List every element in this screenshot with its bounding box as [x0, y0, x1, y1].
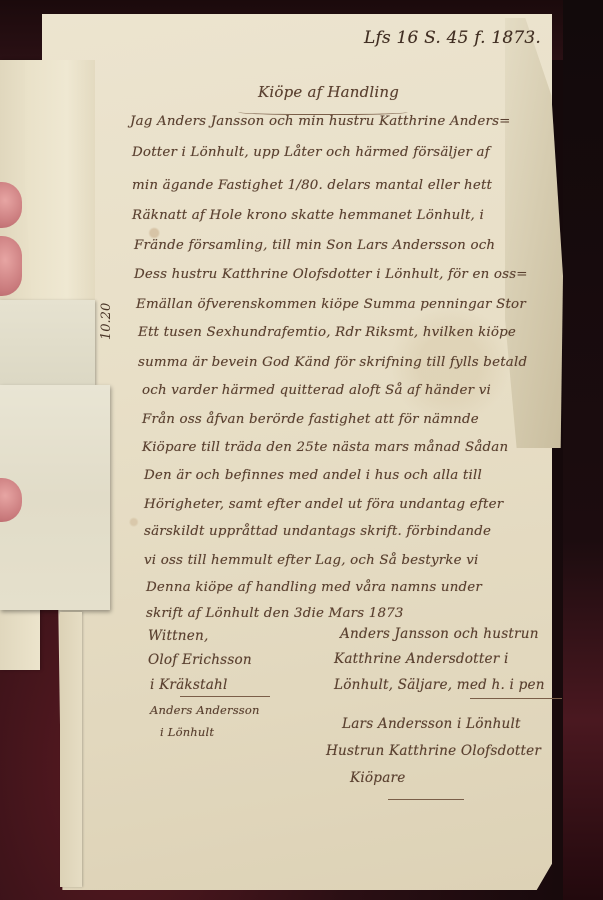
body-line: Räknatt af Hole krono skatte hemmanet Lö…	[132, 208, 484, 223]
body-line: Frände församling, till min Son Lars And…	[134, 238, 495, 253]
reference-note: Lfs 16 S. 45 f. 1873.	[364, 28, 541, 48]
body-line: Jag Anders Jansson och min hustru Katthr…	[130, 114, 511, 129]
body-line: Den är och befinnes med andel i hus och …	[144, 468, 482, 483]
body-line: Ett tusen Sexhundrafemtio, Rdr Riksmt, h…	[138, 325, 516, 340]
folded-flap-lower	[0, 300, 95, 385]
body-line: Emällan öfverenskommen kiöpe Summa penni…	[136, 297, 526, 312]
witnesses-heading: Wittnen,	[148, 628, 208, 644]
page-binding-strip	[60, 612, 82, 887]
witness-signature: Olof Erichsson	[148, 652, 252, 668]
witness-signature: i Lönhult	[160, 725, 214, 739]
body-line: Hörigheter, samt efter andel ut föra und…	[144, 497, 503, 512]
body-line: och varder härmed quitterad aloft Så af …	[142, 383, 491, 398]
buyer-signature: Lars Andersson i Lönhult	[342, 716, 521, 732]
body-line: min ägande Fastighet 1/80. delars mantal…	[132, 178, 492, 193]
buyer-signature: Kiöpare	[350, 770, 405, 786]
witness-signature: Anders Andersson	[150, 703, 260, 717]
body-line: skrift af Lönhult den 3die Mars 1873	[146, 606, 404, 621]
seller-signature: Anders Jansson och hustrun	[340, 626, 539, 642]
signature-underline	[388, 799, 464, 800]
body-line: Från oss åfvan berörde fastighet att för…	[142, 412, 479, 427]
witness-signature: i Kräkstahl	[150, 677, 228, 693]
seller-signature: Katthrine Andersdotter i	[334, 651, 509, 667]
buyer-signature: Hustrun Katthrine Olofsdotter	[326, 743, 541, 759]
body-line: Dotter i Lönhult, upp Låter och härmed f…	[132, 145, 490, 160]
margin-note: 10.20	[99, 303, 114, 340]
body-line: Kiöpare till träda den 25te nästa mars m…	[142, 440, 508, 455]
body-line: särskildt uppråttad undantags skrift. fö…	[144, 524, 491, 539]
signature-underline	[180, 696, 270, 697]
body-line: summa är bevein God Känd för skrifning t…	[138, 355, 527, 370]
seller-signature: Lönhult, Säljare, med h. i pen	[334, 677, 545, 693]
body-line: vi oss till hemmult efter Lag, och Så be…	[144, 553, 478, 568]
document-title: Kiöpe af Handling	[258, 83, 399, 101]
body-line: Denna kiöpe af handling med våra namns u…	[146, 580, 482, 595]
background-cloth-right	[563, 0, 603, 900]
folded-flap-strip	[25, 60, 95, 305]
body-line: Dess hustru Katthrine Olofsdotter i Lönh…	[134, 267, 528, 282]
signature-underline	[470, 698, 562, 699]
folded-corner-right	[505, 18, 563, 448]
finger	[0, 236, 22, 296]
